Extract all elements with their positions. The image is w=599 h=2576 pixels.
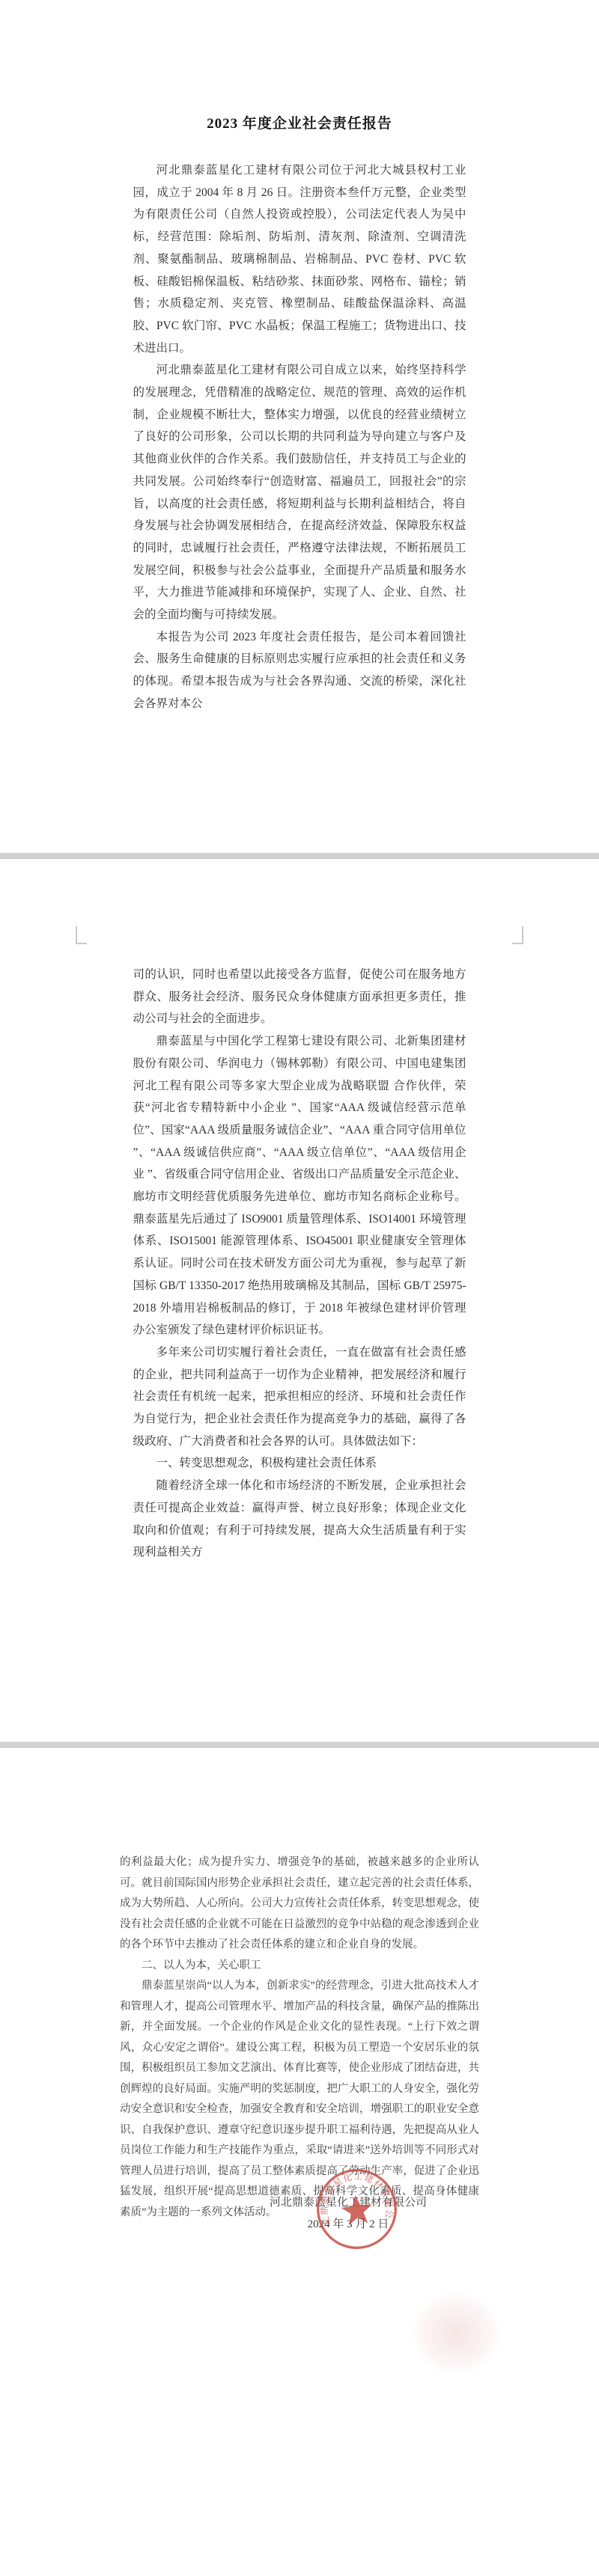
stamp-residue-smudge [413, 2294, 499, 2372]
page-2-body: 司的认识，同时也希望以此接受各方监督，促使公司在服务地方群众、服务社会经济、服务… [133, 964, 466, 1564]
page-3: 的利益最大化；成为提升实力、增强竞争的基础，被越来越多的企业所认可。就目前国际国… [0, 1748, 599, 2576]
paragraph-globalization-cont: 的利益最大化；成为提升实力、增强竞争的基础，被越来越多的企业所认可。就目前国际国… [120, 1853, 479, 1956]
page-separator [0, 853, 599, 859]
paragraph-report-purpose: 本报告为公司 2023 年度社会责任报告，是公司本着回馈社会、服务生命健康的目标… [133, 626, 466, 715]
paragraph-responsibility-summary: 多年来公司切实履行着社会责任，一直在做富有社会责任感的企业，把共同利益高于一切作… [133, 1341, 466, 1453]
paragraph-people-oriented: 鼎泰蓝星崇尚“以人为本，创新求实”的经营理念，引进大批高技术人才和管理人才，提高… [120, 1976, 479, 2223]
paragraph-company-philosophy: 河北鼎泰蓝星化工建材有限公司自成立以来，始终坚持科学的发展理念，凭借精准的战略定… [133, 359, 466, 625]
stamp-star [340, 2194, 374, 2226]
paragraph-honors-certifications: 鼎泰蓝星与中国化学工程第七建设有限公司、北新集团建材股份有限公司、华润电力（锡林… [133, 1030, 466, 1341]
page-separator [0, 1742, 599, 1748]
section-heading-2: 二、以人为本，关心职工 [120, 1956, 479, 1977]
page-1: 2023 年度企业社会责任报告 河北鼎泰蓝星化工建材有限公司位于河北大城县权村工… [0, 0, 599, 853]
paragraph-globalization: 随着经济全球一体化和市场经济的不断发展，企业承担社会责任可提高企业效益：赢得声誉… [133, 1475, 466, 1564]
section-heading-1: 一、转变思想观念，积极构建社会责任体系 [133, 1452, 466, 1475]
paragraph-company-intro: 河北鼎泰蓝星化工建材有限公司位于河北大城县权村工业园，成立于 2004 年 8 … [133, 159, 466, 359]
page-2: 司的认识，同时也希望以此接受各方监督，促使公司在服务地方群众、服务社会经济、服务… [0, 859, 599, 1742]
page-1-body: 河北鼎泰蓝星化工建材有限公司位于河北大城县权村工业园，成立于 2004 年 8 … [133, 159, 466, 715]
page-3-body: 的利益最大化；成为提升实力、增强竞争的基础，被越来越多的企业所认可。就目前国际国… [120, 1853, 479, 2223]
company-stamp: 河北鼎泰蓝星化工建材有限公司 [310, 2162, 403, 2255]
document-viewer[interactable]: 2023 年度企业社会责任报告 河北鼎泰蓝星化工建材有限公司位于河北大城县权村工… [0, 0, 599, 2576]
company-stamp-graphic: 河北鼎泰蓝星化工建材有限公司 [310, 2162, 403, 2255]
text-boundary-mark-left [76, 926, 87, 944]
text-boundary-mark-right [512, 926, 523, 944]
report-title: 2023 年度企业社会责任报告 [0, 112, 599, 132]
paragraph-report-purpose-cont: 司的认识，同时也希望以此接受各方监督，促使公司在服务地方群众、服务社会经济、服务… [133, 964, 466, 1030]
